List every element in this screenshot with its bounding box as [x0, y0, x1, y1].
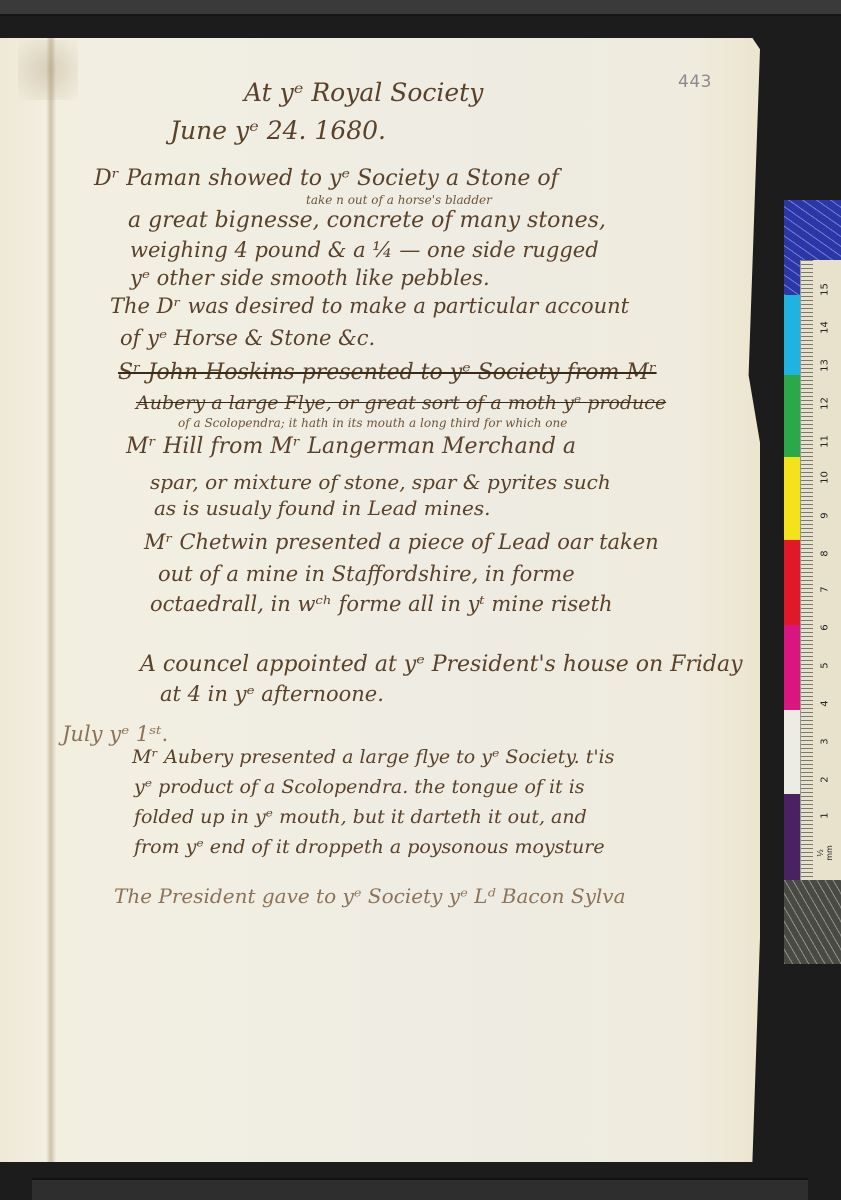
- heading-date: June yᵉ 24. 1680.: [170, 116, 386, 145]
- entry-line: The President gave to yᵉ Society yᵉ Lᵈ B…: [114, 884, 626, 908]
- swatch-purple: [784, 794, 800, 880]
- ruler-label: 6: [820, 616, 831, 640]
- entry-line: octaedrall, in wᶜʰ forme all in yᵗ mine …: [150, 592, 613, 616]
- entry-line: from yᵉ end of it droppeth a poysonous m…: [134, 836, 605, 858]
- ruler-label: 15: [820, 278, 831, 302]
- margin-date: July yᵉ 1ˢᵗ.: [62, 722, 168, 746]
- swatch-cyan: [784, 295, 800, 375]
- ruler-label: 9: [820, 504, 831, 528]
- interlinear-note: of a Scolopendra; it hath in its mouth a…: [178, 416, 567, 430]
- entry-line: at 4 in yᵉ afternoone.: [160, 682, 384, 706]
- swatch-green: [784, 375, 800, 457]
- measurement-ruler: 15 14 13 12 11 10 9 8 7 6 5 4 3 2 1 ½ mm: [800, 260, 841, 880]
- entry-line: Mʳ Hill from Mʳ Langerman Merchand a: [126, 434, 576, 459]
- mount-board-bottom: [32, 1178, 808, 1200]
- ruler-label: 14: [820, 316, 831, 340]
- ruler-label: 7: [820, 578, 831, 602]
- interlinear-note: take n out of a horse's bladder: [306, 193, 492, 207]
- struck-entry-line: Sʳ John Hoskins presented to yᵉ Society …: [118, 360, 657, 385]
- entry-line: A councel appointed at yᵉ President's ho…: [140, 652, 743, 677]
- entry-line: out of a mine in Staffordshire, in forme: [158, 562, 575, 586]
- entry-line: The Dʳ was desired to make a particular …: [110, 294, 629, 318]
- ruler-ticks: [801, 260, 813, 880]
- entry-line: as is usualy found in Lead mines.: [154, 496, 490, 520]
- swatch-magenta: [784, 625, 800, 710]
- ruler-label: 8: [820, 542, 831, 566]
- entry-line: yᵉ product of a Scolopendra. the tongue …: [134, 776, 585, 798]
- ruler-label: 4: [820, 692, 831, 716]
- ruler-label: 3: [820, 730, 831, 754]
- mount-board-top: [0, 0, 841, 16]
- ruler-label: 1: [820, 804, 831, 828]
- folio-number: 443: [678, 72, 712, 92]
- entry-line: a great bignesse, concrete of many stone…: [128, 208, 606, 233]
- swatch-yellow: [784, 457, 800, 540]
- entry-line: Mʳ Aubery presented a large flye to yᵉ S…: [132, 746, 614, 768]
- ruler-label: 5: [820, 654, 831, 678]
- ruler-label: 12: [820, 392, 831, 416]
- entry-line: spar, or mixture of stone, spar & pyrite…: [150, 470, 611, 494]
- color-calibration-strip: 15 14 13 12 11 10 9 8 7 6 5 4 3 2 1 ½ mm: [784, 200, 841, 964]
- ruler-label: 13: [820, 354, 831, 378]
- entry-line: weighing 4 pound & a ¼ — one side rugged: [130, 238, 599, 262]
- ruler-label: 11: [820, 430, 831, 454]
- entry-line: of yᵉ Horse & Stone &c.: [120, 326, 375, 350]
- ruler-unit-label: ½ mm: [816, 841, 834, 865]
- entry-line: Dʳ Paman showed to yᵉ Society a Stone of: [94, 166, 559, 191]
- swatch-red: [784, 540, 800, 625]
- grayscale-reference-card: [784, 880, 841, 964]
- entry-line: yᵉ other side smooth like pebbles.: [130, 266, 490, 290]
- ruler-label: 2: [820, 768, 831, 792]
- heading-title: At yᵉ Royal Society: [244, 78, 483, 107]
- struck-entry-line: Aubery a large Flye, or great sort of a …: [136, 392, 666, 414]
- page-fold-crease: [46, 38, 56, 1162]
- entry-line: Mʳ Chetwin presented a piece of Lead oar…: [144, 530, 659, 554]
- swatch-white: [784, 710, 800, 794]
- entry-line: folded up in yᵉ mouth, but it darteth it…: [134, 806, 587, 828]
- ruler-label: 10: [820, 466, 831, 490]
- paper-stain: [18, 40, 78, 100]
